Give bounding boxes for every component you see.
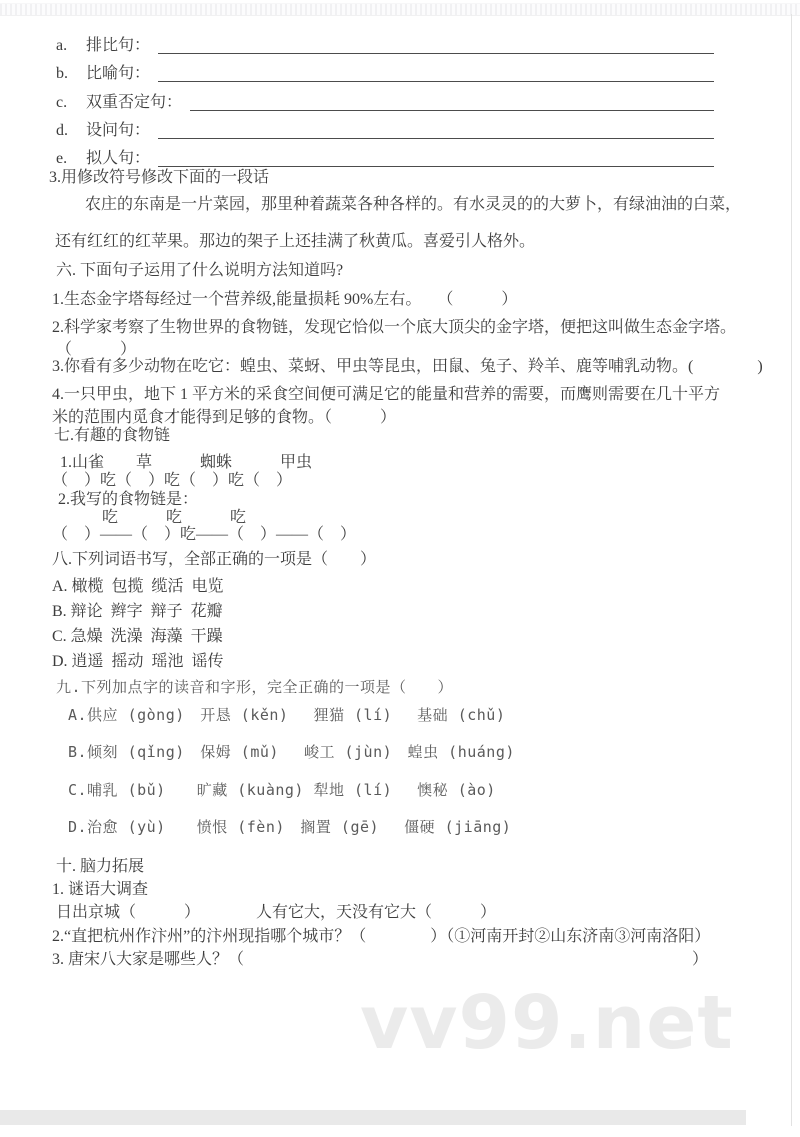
page-edge-line — [791, 14, 792, 1126]
item-label: 双重否定句： — [86, 92, 182, 114]
blank-underline — [190, 92, 714, 111]
section-seven-heading: 七.有趣的食物链 — [54, 425, 170, 447]
six-question-3: 3.你看有多少动物在吃它：蝗虫、菜蚜、甲虫等昆虫，田鼠、兔子、羚羊、鹿等哺乳动物… — [52, 356, 763, 378]
nine-option-c: C.哺乳 (bǔ) 旷藏 (kuàng) 犁地 (lí) 懊秘 (ào) — [68, 779, 496, 801]
revise-paragraph-line-1: 农庄的东南是一片菜园，那里种着蔬菜各种各样的。有水灵灵的的大萝卜，有绿油油的白菜… — [85, 194, 741, 216]
blank-underline — [158, 120, 714, 139]
watermark: vv99.net — [360, 983, 734, 1063]
item-letter: c. — [56, 92, 86, 114]
item-letter: b. — [56, 63, 86, 85]
seven-q2-chain-blanks: （ ）——（ ）吃——（ ）——（ ） — [52, 524, 356, 546]
worksheet-page: a. 排比句： b. 比喻句： c. 双重否定句： d. 设问句： e. 拟人句… — [0, 0, 800, 1137]
revise-paragraph-line-2: 还有红红的红苹果。那边的架子上还挂满了秋黄瓜。喜爱引人格外。 — [55, 231, 535, 253]
section-six-heading: 六. 下面句子运用了什么说明方法知道吗? — [56, 260, 343, 282]
blank-underline — [158, 35, 714, 54]
six-question-4-line-1: 4.一只甲虫，地下 1 平方米的采食空间便可满足它的能量和营养的需要，而鹰则需要… — [52, 384, 720, 406]
six-question-2: 2.科学家考察了生物世界的食物链，发现它恰似一个底大顶尖的金字塔，便把这叫做生态… — [52, 317, 736, 339]
nine-option-d: D.治愈 (yù) 愤恨 (fèn) 搁置 (gē) 僵硬 (jiāng) — [68, 816, 511, 838]
blank-line-row: c. 双重否定句： — [56, 92, 714, 114]
blank-line-row: b. 比喻句： — [56, 63, 714, 85]
section-eight-heading: 八.下列词语书写，全部正确的一项是（ ） — [52, 549, 376, 571]
page-bottom-gap — [0, 1110, 746, 1125]
eight-option-a: A. 橄榄 包揽 缆活 电览 — [52, 576, 224, 598]
item-label: 排比句： — [86, 35, 150, 57]
eight-option-d: D. 逍遥 摇动 瑶池 谣传 — [52, 651, 224, 673]
ten-q2: 2.“直把杭州作汴州”的汴州现指哪个城市？（ ）（①河南开封②山东济南③河南洛阳… — [52, 926, 710, 948]
blank-line-row: a. 排比句： — [56, 35, 714, 57]
six-question-1: 1.生态金字塔每经过一个营养级,能量损耗 90%左右。 （ ） — [52, 289, 517, 311]
item-label: 设问句： — [86, 120, 150, 142]
item-letter: a. — [56, 35, 86, 57]
section-ten-heading: 十. 脑力拓展 — [56, 856, 144, 878]
item-letter: d. — [56, 120, 86, 142]
blank-line-row: d. 设问句： — [56, 120, 714, 142]
ten-q1-label: 1. 谜语大调查 — [52, 879, 148, 901]
section-nine-heading: 九.下列加点字的读音和字形，完全正确的一项是（ ） — [56, 676, 453, 698]
nine-option-b: B.倾刻 (qǐng) 保姆 (mǔ) 峻工 (jùn) 蝗虫 (huáng) — [68, 741, 515, 763]
ten-q3: 3. 唐宋八大家是哪些人？（ ） — [52, 949, 708, 971]
blank-underline — [158, 63, 714, 82]
worksheet-content: a. 排比句： b. 比喻句： c. 双重否定句： d. 设问句： e. 拟人句… — [44, 0, 758, 1100]
eight-option-b: B. 辩论 辫字 辩子 花瓣 — [52, 601, 223, 623]
ten-q1-riddles: 日出京城（ ） 人有它大，天没有它大（ ） — [56, 902, 496, 924]
item-label: 比喻句： — [86, 63, 150, 85]
eight-option-c: C. 急燥 洗澡 海藻 干躁 — [52, 626, 223, 648]
revise-heading: 3.用修改符号修改下面的一段话 — [49, 167, 269, 189]
nine-option-a: A.供应 (gòng) 开恳 (kěn) 狸猫 (lí) 基础 (chǔ) — [68, 704, 505, 726]
blank-underline — [158, 148, 714, 167]
